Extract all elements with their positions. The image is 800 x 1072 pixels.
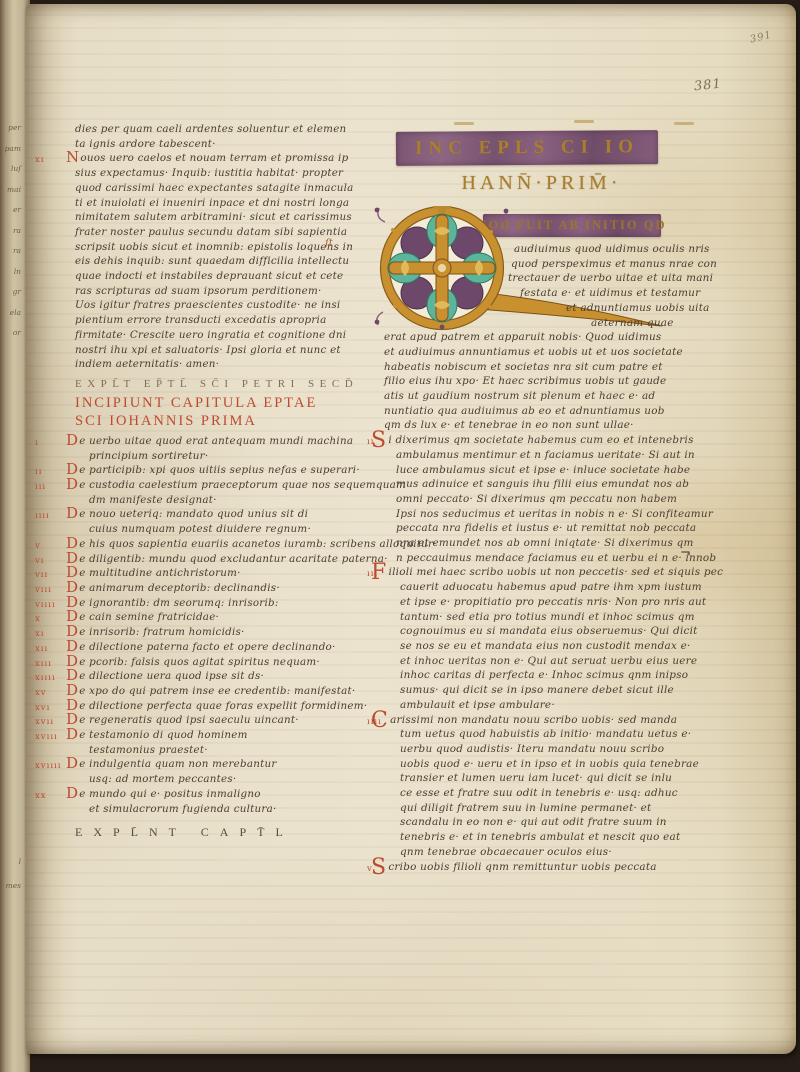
text-line: ta ignis ardore tabescent· <box>75 137 371 152</box>
capitulum-item: xııııDe dilectione uera quod ipse sit ds… <box>75 669 371 684</box>
text-line: ambulamus mentimur et n faciamus ueritat… <box>396 448 722 463</box>
text-line: eis dehis inquib: sunt quaedam difficili… <box>75 254 371 269</box>
capitulum-item: ıııDe custodia caelestium praeceptorum q… <box>75 478 371 507</box>
line-text: cribo uobis filioli qnm remittuntur uobi… <box>388 861 656 873</box>
text-line: festata e· et uidimus et testamur <box>520 286 722 301</box>
rubric-initial: C <box>371 708 388 733</box>
text-line: quae indocti et instabiles deprauant sic… <box>75 269 371 284</box>
line-text: uerbu quod audistis· Iteru mandatu nouu … <box>400 743 664 755</box>
line-text: scripsit uobis sicut et inomnib: epistol… <box>75 241 353 253</box>
rubric-initial: D <box>66 504 78 522</box>
corner-folio-number: 391 <box>749 29 773 45</box>
line-text: ras scripturas ad suam ipsorum perdition… <box>75 285 322 297</box>
text-line: transier et lumen ueru iam lucet· qui di… <box>400 771 722 786</box>
edge-text-fragment: pam <box>0 139 21 160</box>
line-text: ti et inuiolati ei inueniri inpace et dn… <box>75 197 349 209</box>
text-line: ııııDe nouo ueteriq: mandato quod unius … <box>75 507 371 522</box>
margin-numeral: x <box>35 612 41 627</box>
edge-text-fragments-bottom: lmes <box>0 850 21 898</box>
line-text: habeatis nobiscum et societas nra sit cu… <box>384 361 663 373</box>
text-line: cuius numquam potest diuidere regnum· <box>89 522 371 537</box>
line-text: e mundo qui e· positus inmaligno <box>79 788 260 800</box>
text-line: nra et emundet nos ab omni iniqtate· Si … <box>396 536 722 551</box>
margin-numeral: xvıııı <box>35 759 61 774</box>
line-text: firmitate· Crescite uero ingratia et cog… <box>75 329 346 341</box>
edge-text-fragments-top: perpamluſmaierraralngrelaor <box>0 118 21 344</box>
line-text: filio eius ihu xpo· Et haec scribimus uo… <box>384 375 666 387</box>
text-line: trectauer de uerbo uitae et uita mani <box>508 271 722 286</box>
text-line: sumus· qui dicit se in ipso manere debet… <box>400 683 722 698</box>
line-text: et inhoc ueritas non e· Qui aut seruat u… <box>400 655 697 667</box>
line-text: scandalu in eo non e· qui aut odit fratr… <box>400 816 667 828</box>
line-text: Uos igitur fratres praescientes custodit… <box>75 299 340 311</box>
text-line: xvıııDe testamonio di quod hominem <box>75 728 371 743</box>
rubric-initial: D <box>66 475 78 493</box>
line-text: ce esse et fratre suu odit in tenebris e… <box>400 787 678 799</box>
line-text: e dilectione paterna facto et opere decl… <box>79 641 335 653</box>
line-text: e custodia caelestium praeceptorum quae … <box>79 479 406 491</box>
text-line: ııSi dixerimus qm societate habemus cum … <box>384 433 722 448</box>
margin-numeral: xı <box>35 627 45 642</box>
text-line: mus adinuice et sanguis ihu filii eius e… <box>396 477 722 492</box>
manuscript-page: 391 381 ſt dies per quam caeli ardentes … <box>26 4 796 1054</box>
ruling-dash <box>574 120 594 123</box>
rubric-initial: N <box>66 148 79 166</box>
line-text: e testamonio di quod hominem <box>79 729 247 741</box>
edge-text-fragment: luſ <box>0 159 21 180</box>
text-line: vDe his quos sapientia euariis acanetos … <box>75 537 371 552</box>
text-line: xııDe dilectione paterna facto et opere … <box>75 640 371 655</box>
text-line: ıııDe custodia caelestium praeceptorum q… <box>75 478 371 493</box>
line-text: qui diligit fratrem suu in lumine perman… <box>400 802 651 814</box>
line-text: luce ambulamus sicut et ipse e· inluce s… <box>396 464 690 476</box>
text-line: atis ut gaudium nostrum sit plenum et ha… <box>384 389 722 404</box>
line-text: cauerit aduocatu habemus apud patre ihm … <box>400 581 702 593</box>
capitulum-item: ııııDe nouo ueteriq: mandato quod unius … <box>75 507 371 536</box>
margin-numeral: ıı <box>35 465 42 480</box>
line-text: nostri ihu xpi et saluatoris· Ipsi glori… <box>75 344 341 356</box>
edge-text-fragment: ra <box>0 221 21 242</box>
margin-numeral: vıı <box>35 568 48 583</box>
text-line: cognouimus eu si mandata eius obseruemus… <box>400 624 722 639</box>
left-column: dies per quam caeli ardentes soluentur e… <box>75 122 371 844</box>
line-text: nra et emundet nos ab omni iniqtate· Si … <box>396 537 694 549</box>
line-text: peccata nra fidelis et iustus e· ut remi… <box>396 522 696 534</box>
line-text: Ipsi nos seducimus et ueritas in nobis n… <box>396 508 713 520</box>
incipit-banner-text: INC EPLS CI IO <box>415 136 639 160</box>
capitulum-item: ıDe uerbo uitae quod erat antequam mundi… <box>75 434 371 463</box>
edge-text-fragment: per <box>0 118 21 139</box>
margin-numeral: xıı <box>35 642 48 657</box>
text-line: xvııDe regeneratis quod ipsi saeculu uin… <box>75 713 371 728</box>
line-text: erat apud patrem et apparuit nobis· Quod… <box>384 331 662 343</box>
text-line: pientium errore transducti excedatis apr… <box>75 313 371 328</box>
line-text: ambulamus mentimur et n faciamus ueritat… <box>396 449 695 461</box>
line-text: e dilectione uera quod ipse sit ds· <box>79 670 264 682</box>
incipit-banner: INC EPLS CI IO <box>396 130 658 166</box>
ruling-dash <box>674 122 694 125</box>
edge-text-fragment: l <box>0 850 21 874</box>
text-line: xıııDe pcorib: falsis quos agitat spirit… <box>75 655 371 670</box>
line-text: cognouimus eu si mandata eius obseruemus… <box>400 625 698 637</box>
line-text: arissimi non mandatu nouu scribo uobis· … <box>390 714 677 726</box>
edge-text-fragment: gr <box>0 282 21 303</box>
line-text: e uerbo uitae quod erat antequam mundi m… <box>79 435 353 447</box>
manuscript-photo: perpamluſmaierraralngrelaor lmes 391 381… <box>0 0 800 1072</box>
text-line: vScribo uobis filioli qnm remittuntur uo… <box>384 860 722 875</box>
text-line: tantum· sed etia pro totius mundi et inh… <box>400 610 722 625</box>
margin-numeral: xıııı <box>35 671 56 686</box>
line-text: e inrisorib: fratrum homicidis· <box>79 626 244 638</box>
line-text: atis ut gaudium nostrum sit plenum et ha… <box>384 390 655 402</box>
text-line: vıııDe animarum deceptorib: declinandis· <box>75 581 371 596</box>
margin-numeral: xı <box>35 153 45 168</box>
line-text: trectauer de uerbo uitae et uita mani <box>508 272 713 284</box>
line-text: eis dehis inquib: sunt quaedam difficili… <box>75 255 349 267</box>
line-text: e indulgentia quam non merebantur <box>79 758 276 770</box>
capitula-list: ıDe uerbo uitae quod erat antequam mundi… <box>75 434 371 816</box>
explicit-capitula: EXPL̄NT CAPT̄L <box>75 825 371 840</box>
folio-number: 381 <box>693 77 722 95</box>
capitulum-item: vDe his quos sapientia euariis acanetos … <box>75 537 371 552</box>
text-line: ıııFilioli mei haec scribo uobis ut non … <box>384 565 722 580</box>
line-text: sumus· qui dicit se in ipso manere debet… <box>400 684 674 696</box>
margin-correction-mark: ¬ <box>680 546 691 561</box>
margin-numeral: vııı <box>35 583 52 598</box>
line-text: e xpo do qui patrem inse ee credentib: m… <box>79 685 355 697</box>
line-text: nimitatem salutem arbitramini· sicut et … <box>75 211 352 223</box>
text-line: habeatis nobiscum et societas nra sit cu… <box>384 360 722 375</box>
capitulum-item: xıııDe pcorib: falsis quos agitat spirit… <box>75 655 371 670</box>
text-line: ııııCarissimi non mandatu nouu scribo uo… <box>384 713 722 728</box>
line-text: e multitudine antichristorum· <box>79 567 240 579</box>
line-text: tantum· sed etia pro totius mundi et inh… <box>400 611 695 623</box>
line-text: frater noster paulus secundu datam sibi … <box>75 226 347 238</box>
text-line: sius expectamus· Inquib: iustitia habita… <box>75 166 371 181</box>
text-line: nuntiatio qua audiuimus ab eo et adnunti… <box>384 404 722 419</box>
capitulum-item: vııDe multitudine antichristorum· <box>75 566 371 581</box>
text-line: ambulauit et ipse ambulare· <box>400 698 722 713</box>
line-text: e nouo ueteriq: mandato quod unius sit d… <box>79 508 308 520</box>
text-line: xvııııDe indulgentia quam non merebantur <box>75 757 371 772</box>
margin-numeral: xvıı <box>35 715 54 730</box>
text-line: et adnuntiamus uobis uita <box>566 301 722 316</box>
capitulum-item: xvııııDe indulgentia quam non merebantur… <box>75 757 371 786</box>
edge-text-fragment: or <box>0 323 21 344</box>
text-line: uerbu quod audistis· Iteru mandatu nouu … <box>400 742 722 757</box>
margin-numeral: ı <box>35 436 39 451</box>
text-line: se nos se eu et mandata eius non custodi… <box>400 639 722 654</box>
line-text: e dilectione perfecta quae foras expelli… <box>79 700 367 712</box>
line-text: sius expectamus· Inquib: iustitia habita… <box>75 167 343 179</box>
margin-numeral: xv <box>35 686 47 701</box>
line-text: et ipse e· propitiatio pro peccatis nris… <box>400 596 706 608</box>
text-line: n peccauimus mendace faciamus eu et uerb… <box>396 551 722 566</box>
line-text: quae indocti et instabiles deprauant sic… <box>75 270 343 282</box>
edge-text-fragment: mai <box>0 180 21 201</box>
line-text: audiuimus quod uidimus oculis nris <box>514 243 710 255</box>
text-line: quod carissimi haec expectantes satagite… <box>75 181 371 196</box>
capitulum-item: vıDe diligentib: mundu quod excludantur … <box>75 552 371 567</box>
text-line: nostri ihu xpi et saluatoris· Ipsi glori… <box>75 343 371 358</box>
line-text: e pcorib: falsis quos agitat spiritus ne… <box>79 656 320 668</box>
line-text: quod perspeximus et manus nrae con <box>511 258 717 270</box>
line-text: et adnuntiamus uobis uita <box>566 302 710 314</box>
text-line: ce esse et fratre suu odit in tenebris e… <box>400 786 722 801</box>
rubric-initial: D <box>66 754 78 772</box>
text-line: quod perspeximus et manus nrae con <box>511 257 722 272</box>
text-line: dies per quam caeli ardentes soluentur e… <box>75 122 371 137</box>
text-line: xıNouos uero caelos et nouam terram et p… <box>75 151 371 166</box>
line-text: e regeneratis quod ipsi saeculu uincant· <box>79 714 298 726</box>
text-line: et simulacrorum fugienda cultura· <box>89 802 371 817</box>
line-text: omni peccato· Si dixerimus qm peccatu no… <box>396 493 677 505</box>
text-line: indiem aeternitatis· amen· <box>75 357 371 372</box>
edge-text-fragment: er <box>0 200 21 221</box>
text-line: qnm tenebrae obcaecauer oculos eius· <box>400 845 722 860</box>
line-text: ilioli mei haec scribo uobis ut non pecc… <box>389 566 724 578</box>
text-line: scandalu in eo non e· qui aut odit fratr… <box>400 815 722 830</box>
edge-text-fragment: mes <box>0 874 21 898</box>
edge-text-fragment: ln <box>0 262 21 283</box>
text-line: Ipsi nos seducimus et ueritas in nobis n… <box>396 507 722 522</box>
ruling-dash <box>454 122 474 125</box>
text-line: tum uetus quod habuistis ab initio· mand… <box>400 727 722 742</box>
text-line: audiuimus quod uidimus oculis nris <box>514 242 722 257</box>
edge-text-fragment: ela <box>0 303 21 324</box>
line-text: e cain semine fratricidae· <box>79 611 219 623</box>
explicit-peter: EXPL̄T EP̄TL̄ SC̄I PETRI SECD̄ <box>75 378 371 390</box>
line-text: qnm tenebrae obcaecauer oculos eius· <box>400 846 612 858</box>
margin-numeral: xx <box>35 789 47 804</box>
incipit-line2: HANN̄·PRIM̄· <box>424 172 659 195</box>
text-line: inhoc caritas di perfecta e· Inhoc scimu… <box>400 668 722 683</box>
text-line: usq: ad mortem peccantes· <box>89 772 371 787</box>
line-text: n peccauimus mendace faciamus eu et uerb… <box>396 552 716 564</box>
text-line: ras scripturas ad suam ipsorum perdition… <box>75 284 371 299</box>
text-line: xıDe inrisorib: fratrum homicidis· <box>75 625 371 640</box>
rubric-initial: D <box>66 725 78 743</box>
line-text: se nos se eu et mandata eius non custodi… <box>400 640 691 652</box>
text-line: omni peccato· Si dixerimus qm peccatu no… <box>396 492 722 507</box>
text-line: vııDe multitudine antichristorum· <box>75 566 371 581</box>
margin-numeral: vıııı <box>35 598 56 613</box>
capitulum-item: xvıDe dilectione perfecta quae foras exp… <box>75 699 371 714</box>
text-line: luce ambulamus sicut et ipse e· inluce s… <box>396 463 722 478</box>
text-line: xxDe mundo qui e· positus inmaligno <box>75 787 371 802</box>
line-text: e participib: xpi quos uitiis sepius nef… <box>79 464 360 476</box>
capitulum-item: vıııDe animarum deceptorib: declinandis· <box>75 581 371 596</box>
text-line: filio eius ihu xpo· Et haec scribimus uo… <box>384 374 722 389</box>
text-line: peccata nra fidelis et iustus e· ut remi… <box>396 521 722 536</box>
rubric-initial: S <box>371 855 386 880</box>
rubric-initial: F <box>371 560 387 585</box>
line-text: qm ds lux e· et tenebrae in eo non sunt … <box>384 419 634 431</box>
text-line: et ipse e· propitiatio pro peccatis nris… <box>400 595 722 610</box>
text-line: erat apud patrem et apparuit nobis· Quod… <box>384 330 722 345</box>
line-text: pientium errore transducti excedatis apr… <box>75 314 326 326</box>
text-line: xvDe xpo do qui patrem inse ee credentib… <box>75 684 371 699</box>
rubric-initial: D <box>66 784 78 802</box>
text-line: vıDe diligentib: mundu quod excludantur … <box>75 552 371 567</box>
margin-numeral: ıııı <box>35 509 50 524</box>
text-line: xDe cain semine fratricidae· <box>75 610 371 625</box>
capitulum-item: xııDe dilectione paterna facto et opere … <box>75 640 371 655</box>
margin-numeral: vı <box>35 554 45 569</box>
text-line: et inhoc ueritas non e· Qui aut seruat u… <box>400 654 722 669</box>
rubric-initial: D <box>66 431 78 449</box>
capitulum-item: xxDe mundo qui e· positus inmaligno et s… <box>75 787 371 816</box>
text-line: nimitatem salutem arbitramini· sicut et … <box>75 210 371 225</box>
capitulum-item: vııııDe ignorantib: dm seorumq: inrisori… <box>75 596 371 611</box>
line-text: indiem aeternitatis· amen· <box>75 358 219 370</box>
margin-numeral: v <box>35 539 41 554</box>
text-line: ııDe participib: xpi quos uitiis sepius … <box>75 463 371 478</box>
capitulum-item: xvDe xpo do qui patrem inse ee credentib… <box>75 684 371 699</box>
peter-paragraph: xıNouos uero caelos et nouam terram et p… <box>75 151 371 372</box>
line-text: et audiuimus annuntiamus et uobis ut et … <box>384 346 683 358</box>
line-text: ouos uero caelos et nouam terram et prom… <box>80 152 348 164</box>
nota-mark: ſt <box>325 238 333 249</box>
capitulum-item: xvıııDe testamonio di quod hominem testa… <box>75 728 371 757</box>
line-text: tum uetus quod habuistis ab initio· mand… <box>400 728 691 740</box>
line-text: i dixerimus qm societate habemus cum eo … <box>388 434 693 446</box>
capitulum-item: xıDe inrisorib: fratrum homicidis· <box>75 625 371 640</box>
line-text: quod carissimi haec expectantes satagite… <box>75 182 354 194</box>
text-line: ıDe uerbo uitae quod erat antequam mundi… <box>75 434 371 449</box>
capitula-title: INCIPIUNT CAPITULA EPTAE SCI IOHANNIS PR… <box>75 394 371 430</box>
line-text: ambulauit et ipse ambulare· <box>400 699 555 711</box>
line-text: e animarum deceptorib: declinandis· <box>79 582 280 594</box>
line-text: nuntiatio qua audiuimus ab eo et adnunti… <box>384 405 665 417</box>
text-line: aeternam quae <box>591 316 722 331</box>
text-line: qm ds lux e· et tenebrae in eo non sunt … <box>384 418 722 433</box>
text-line: tenebris e· et in tenebris ambulat et ne… <box>400 830 722 845</box>
text-line: et audiuimus annuntiamus et uobis ut et … <box>384 345 722 360</box>
margin-numeral: xııı <box>35 657 52 672</box>
margin-numeral: ııı <box>35 480 46 495</box>
line-text: e diligentib: mundu quod excludantur aca… <box>79 553 387 565</box>
line-text: tenebris e· et in tenebris ambulat et ne… <box>400 831 680 843</box>
epistle-text: audiuimus quod uidimus oculis nris quod … <box>384 242 722 874</box>
text-line: xııııDe dilectione uera quod ipse sit ds… <box>75 669 371 684</box>
capitulum-item: xDe cain semine fratricidae· <box>75 610 371 625</box>
edge-text-fragment: ra <box>0 241 21 262</box>
rubric-initial: S <box>371 428 386 453</box>
text-line: qui diligit fratrem suu in lumine perman… <box>400 801 722 816</box>
line-text: aeternam quae <box>591 317 674 329</box>
line-text: mus adinuice et sanguis ihu filii eius e… <box>396 478 689 490</box>
text-line: Uos igitur fratres praescientes custodit… <box>75 298 371 313</box>
line-text: e ignorantib: dm seorumq: inrisorib: <box>79 597 278 609</box>
capitula-title-line2: SCI IOHANNIS PRIMA <box>75 412 371 430</box>
line-text: inhoc caritas di perfecta e· Inhoc scimu… <box>400 669 688 681</box>
text-line: vııııDe ignorantib: dm seorumq: inrisori… <box>75 596 371 611</box>
line-text: festata e· et uidimus et testamur <box>520 287 700 299</box>
capitulum-item: ııDe participib: xpi quos uitiis sepius … <box>75 463 371 478</box>
text-line: ti et inuiolati ei inueniri inpace et dn… <box>75 196 371 211</box>
text-line: dm manifeste designat· <box>89 493 371 508</box>
capitula-title-line1: INCIPIUNT CAPITULA EPTAE <box>75 394 371 412</box>
line-text: transier et lumen ueru iam lucet· qui di… <box>400 772 672 784</box>
text-line: xvıDe dilectione perfecta quae foras exp… <box>75 699 371 714</box>
capitulum-item: xvııDe regeneratis quod ipsi saeculu uin… <box>75 713 371 728</box>
line-text: uobis quod e· ueru et in ipso et in uobi… <box>400 758 699 770</box>
margin-numeral: xvı <box>35 701 50 716</box>
text-line: testamonius praestet· <box>89 743 371 758</box>
text-line: firmitate· Crescite uero ingratia et cog… <box>75 328 371 343</box>
text-line: uobis quod e· ueru et in ipso et in uobi… <box>400 757 722 772</box>
margin-numeral: xvııı <box>35 730 58 745</box>
text-line: principium sortiretur· <box>89 449 371 464</box>
text-line: cauerit aduocatu habemus apud patre ihm … <box>400 580 722 595</box>
peter-closing-lines: dies per quam caeli ardentes soluentur e… <box>75 122 371 151</box>
